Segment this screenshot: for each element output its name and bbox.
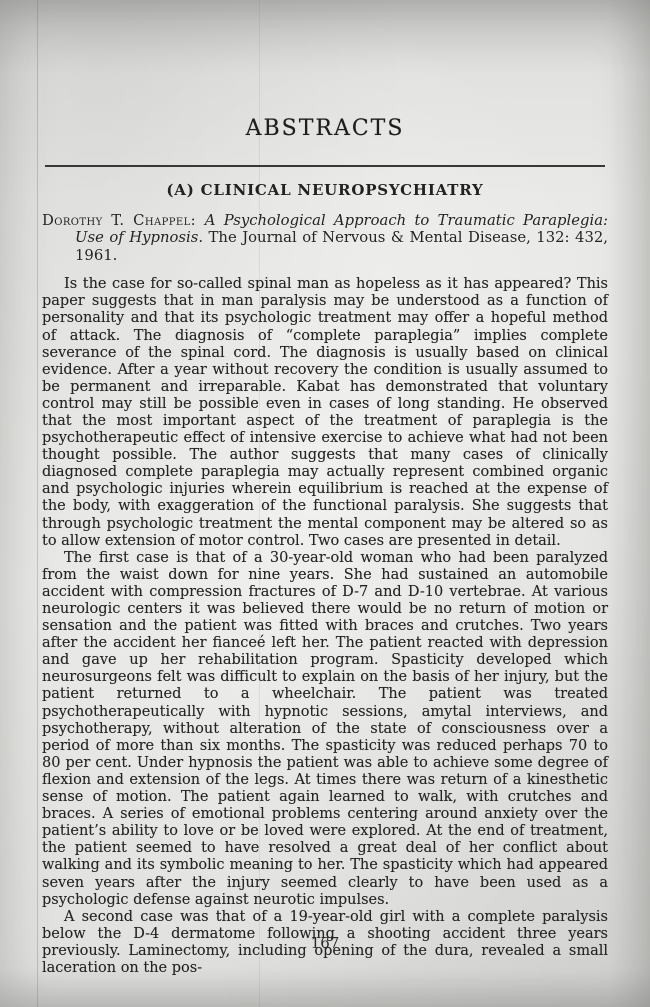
page-number: 167 bbox=[0, 934, 650, 952]
page-content: ABSTRACTS (A) CLINICAL NEUROPSYCHIATRY D… bbox=[0, 0, 650, 977]
citation-author: Dorothy T. Chappel: bbox=[42, 212, 205, 229]
divider-rule bbox=[45, 165, 605, 167]
page-title: ABSTRACTS bbox=[42, 116, 608, 141]
citation: Dorothy T. Chappel: A Psychological Appr… bbox=[42, 212, 608, 264]
abstract-paragraph-1: Is the case for so-called spinal man as … bbox=[42, 276, 608, 550]
section-heading: (A) CLINICAL NEUROPSYCHIATRY bbox=[42, 181, 608, 199]
abstract-paragraph-2: The first case is that of a 30-year-old … bbox=[42, 550, 608, 909]
scanned-page: ABSTRACTS (A) CLINICAL NEUROPSYCHIATRY D… bbox=[0, 0, 650, 1007]
